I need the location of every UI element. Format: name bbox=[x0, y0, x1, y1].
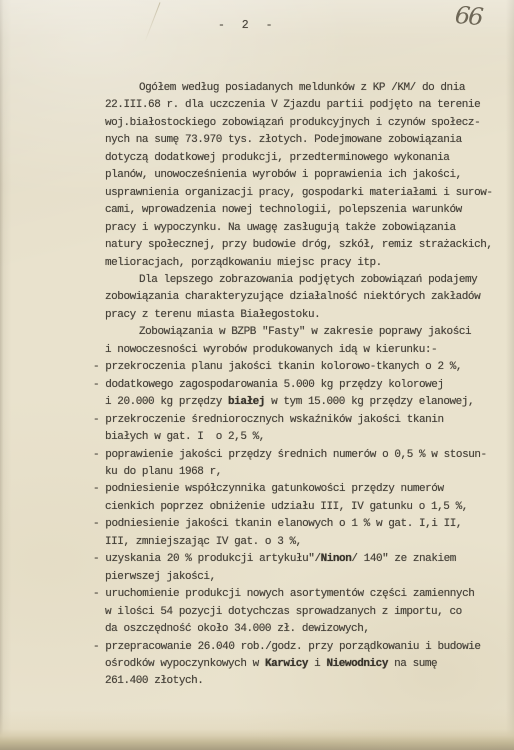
paper-sheet: - 2 - 66 Ogółem według posiadanych meldu… bbox=[0, 0, 514, 750]
text-line: Dla lepszego zobrazowania podjętych zobo… bbox=[105, 272, 493, 289]
text-line: 22.III.68 r. dla uczczenia V Zjazdu part… bbox=[105, 97, 493, 114]
paper-crease bbox=[145, 2, 161, 42]
text-line: pracy z terenu miasta Białegostoku. bbox=[105, 307, 493, 324]
handwritten-folio-number: 66 bbox=[454, 1, 483, 31]
text-line: natury społecznej, przy budowie dróg, sz… bbox=[105, 237, 493, 254]
page-number: - 2 - bbox=[218, 19, 278, 32]
text-line: - dodatkowego zagospodarowania 5.000 kg … bbox=[105, 377, 493, 394]
text-line: Zobowiązania w BZPB "Fasty" w zakresie p… bbox=[105, 324, 493, 341]
text-line: III, zmniejszając IV gat. o 3 %, bbox=[105, 534, 493, 551]
typewritten-text-body: Ogółem według posiadanych meldunków z KP… bbox=[93, 80, 493, 691]
text-line: melioracjach, porządkowaniu miejsc pracy… bbox=[105, 255, 493, 272]
text-line: Ogółem według posiadanych meldunków z KP… bbox=[105, 80, 493, 97]
text-line: - uruchomienie produkcji nowych asortyme… bbox=[105, 586, 493, 603]
text-line: zobowiązania charakteryzujące działalnoś… bbox=[105, 289, 493, 306]
text-line: - podniesienie jakości tkanin elanowych … bbox=[105, 516, 493, 533]
text-line: - poprawienie jakości przędzy średnich n… bbox=[105, 447, 493, 464]
text-line: ośrodków wypoczynkowych w Karwicy i Niew… bbox=[105, 656, 493, 673]
text-line: usprawnienia organizacji pracy, gospodar… bbox=[105, 185, 493, 202]
text-line: cami, wprowadzenia nowej technologii, po… bbox=[105, 202, 493, 219]
text-line: w ilości 54 pozycji dotychczas sprowadza… bbox=[105, 604, 493, 621]
text-line: nych na sumę 73.970 tys. złotych. Podejm… bbox=[105, 132, 493, 149]
text-line: - uzyskania 20 % produkcji artykułu"/Nin… bbox=[105, 551, 493, 568]
text-line: pierwszej jakości, bbox=[105, 569, 493, 586]
text-line: da oszczędność około 34.000 zł. dewizowy… bbox=[105, 621, 493, 638]
text-line: i 20.000 kg przędzy białej w tym 15.000 … bbox=[105, 394, 493, 411]
scanned-document: - 2 - 66 Ogółem według posiadanych meldu… bbox=[0, 0, 514, 750]
text-line: planów, unowocześnienia wyrobów i popraw… bbox=[105, 167, 493, 184]
text-line: - przekroczenia planu jakości tkanin kol… bbox=[105, 359, 493, 376]
text-line: 261.400 złotych. bbox=[105, 673, 493, 690]
text-line: cienkich poprzez obniżenie udziału III, … bbox=[105, 499, 493, 516]
text-line: woj.białostockiego zobowiązań produkcyjn… bbox=[105, 115, 493, 132]
text-line: i nowoczesności wyrobów produkowanych id… bbox=[105, 342, 493, 359]
text-line: - podniesienie współczynnika gatunkowośc… bbox=[105, 481, 493, 498]
text-line: dotyczą dodatkowej produkcji, przedtermi… bbox=[105, 150, 493, 167]
text-line: ku do planu 1968 r, bbox=[105, 464, 493, 481]
text-line: - przepracowanie 26.040 rob./godz. przy … bbox=[105, 639, 493, 656]
text-line: białych w gat. I o 2,5 %, bbox=[105, 429, 493, 446]
text-line: pracy i wypoczynku. Na uwagę zasługują t… bbox=[105, 220, 493, 237]
text-line: - przekroczenie średniorocznych wskaźnik… bbox=[105, 412, 493, 429]
